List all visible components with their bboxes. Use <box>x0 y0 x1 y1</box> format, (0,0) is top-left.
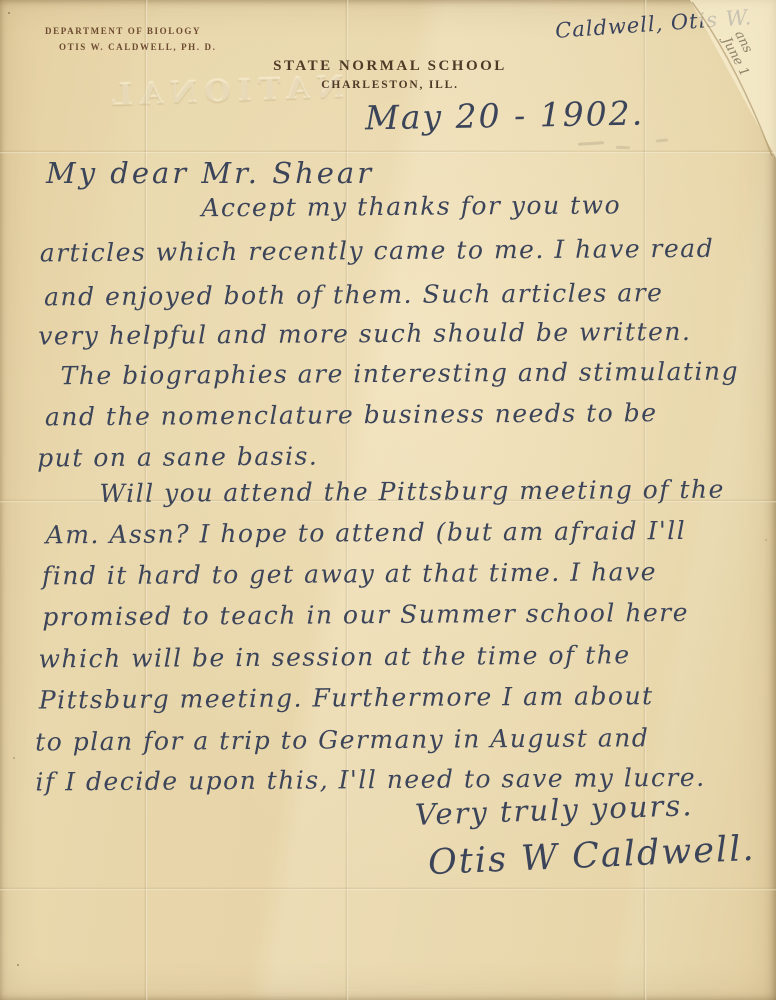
fold-crease-horizontal-bottom <box>0 887 776 891</box>
salutation: My dear Mr. Shear <box>46 156 374 190</box>
date-line: May 20 - 1902. <box>365 94 645 138</box>
body-line: put on a sane basis. <box>37 441 318 472</box>
letter-page: NATIONAL DEPARTMENT OF BIOLOGY OTIS W. C… <box>0 0 776 1000</box>
body-line: Accept my thanks for you two <box>201 190 621 222</box>
body-line: which will be in session at the time of … <box>38 640 630 673</box>
body-line: to plan for a trip to Germany in August … <box>35 723 649 756</box>
letterhead-school-city: CHARLESTON, ILL. <box>240 79 540 91</box>
letterhead-left-block: DEPARTMENT OF BIOLOGY OTIS W. CALDWELL, … <box>45 26 216 52</box>
letterhead-center-block: STATE NORMAL SCHOOL CHARLESTON, ILL. <box>240 58 540 91</box>
closing: Very truly yours. <box>414 788 693 832</box>
scanned-letter: NATIONAL DEPARTMENT OF BIOLOGY OTIS W. C… <box>0 0 776 1000</box>
paper-speck <box>8 12 10 14</box>
pencil-smudge <box>616 146 630 150</box>
body-line: find it hard to get away at that time. I… <box>42 557 657 590</box>
letterhead-school-name: STATE NORMAL SCHOOL <box>240 58 540 75</box>
body-line: articles which recently came to me. I ha… <box>40 234 715 268</box>
body-line: Will you attend the Pittsburg meeting of… <box>99 475 725 508</box>
pencil-smudge <box>578 141 604 146</box>
body-line: very helpful and more such should be wri… <box>38 317 691 351</box>
body-line: and enjoyed both of them. Such articles … <box>44 278 664 311</box>
body-line: The biographies are interesting and stim… <box>61 357 740 391</box>
letterhead-name-title: OTIS W. CALDWELL, PH. D. <box>59 42 216 52</box>
body-line: Am. Assn? I hope to attend (but am afrai… <box>46 516 687 549</box>
body-line: and the nomenclature business needs to b… <box>45 398 658 431</box>
corner-fold <box>656 0 776 160</box>
signature: Otis W Caldwell. <box>427 829 756 883</box>
letterhead-department: DEPARTMENT OF BIOLOGY <box>45 26 216 36</box>
body-line: promised to teach in our Summer school h… <box>42 598 689 632</box>
body-line: Pittsburg meeting. Furthermore I am abou… <box>39 681 654 714</box>
